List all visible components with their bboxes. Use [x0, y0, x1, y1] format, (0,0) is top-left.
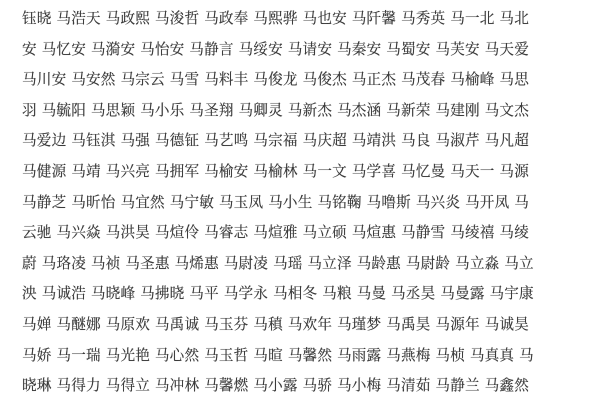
name-list-text: 钰晓 马浩天 马政熙 马浚哲 马政奉 马熙骅 马也安 马阡馨 马秀英 马一北 马…: [22, 4, 582, 400]
text-line-12: 马娇 马一瑞 马光艳 马心然 马玉哲 马暄 马馨然 马雨露 马燕梅 马桢 马真真…: [22, 341, 582, 372]
text-line-11: 马婵 马醚娜 马原欢 马禹诚 马玉芬 马稹 马欢年 马瑾梦 马禹昊 马源年 马诚…: [22, 310, 582, 341]
text-line-1: 钰晓 马浩天 马政熙 马浚哲 马政奉 马熙骅 马也安 马阡馨 马秀英 马一北 马…: [22, 4, 582, 35]
text-line-3: 马川安 马安然 马宗云 马雪 马料丰 马俊龙 马俊杰 马正杰 马茂春 马榆峰 马…: [22, 65, 582, 96]
name-list-page: 钰晓 马浩天 马政熙 马浚哲 马政奉 马熙骅 马也安 马阡馨 马秀英 马一北 马…: [0, 0, 600, 400]
text-line-13: 晓琳 马得力 马得立 马冲林 马馨燃 马小露 马骄 马小梅 马清茹 马静兰 马鑫…: [22, 371, 582, 400]
text-line-10: 泱 马诚浩 马晓峰 马拂晓 马平 马学永 马相冬 马粮 马曼 马丞昊 马曼露 马…: [22, 279, 582, 310]
text-line-7: 马静芝 马昕怡 马宜然 马宁敏 马玉凤 马小生 马铭鞠 马噜斯 马兴炎 马开凤 …: [22, 188, 582, 219]
text-line-6: 马健源 马靖 马兴亮 马拥军 马榆安 马榆林 马一文 马学喜 马忆曼 马天一 马…: [22, 157, 582, 188]
text-line-8: 云驰 马兴焱 马洪昊 马煊伶 马睿志 马煊雅 马立硕 马煊惠 马静雪 马绫禧 马…: [22, 218, 582, 249]
text-line-2: 安 马忆安 马漪安 马怡安 马静言 马绥安 马请安 马秦安 马蜀安 马芙安 马天…: [22, 35, 582, 66]
text-line-4: 羽 马毓阳 马思颖 马小乐 马圣翔 马卿灵 马新杰 马杰涵 马新荣 马建刚 马文…: [22, 96, 582, 127]
text-line-5: 马爱边 马钰淇 马强 马德钲 马艺鸣 马宗福 马庆超 马靖洪 马良 马淑芹 马凡…: [22, 126, 582, 157]
text-line-9: 蔚 马珞凌 马祯 马圣惠 马烯惠 马尉凌 马瑶 马立泽 马龄惠 马尉龄 马立淼 …: [22, 249, 582, 280]
